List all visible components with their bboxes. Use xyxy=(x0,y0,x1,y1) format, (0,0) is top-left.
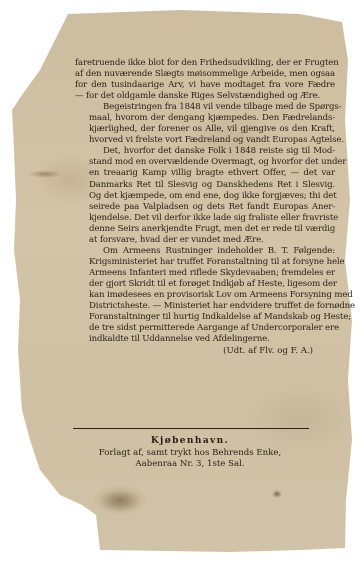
printer-imprint: Kjøbenhavn. Forlagt af, samt trykt hos B… xyxy=(90,436,290,470)
paragraph-2: Begeistringen fra 1848 vil vende tilbage… xyxy=(75,102,335,146)
article-body: faretruende ikke blot for den Frihedsudv… xyxy=(75,58,335,357)
text-line: maal, hvorom der dengang kjæmpedes. Den … xyxy=(75,113,335,124)
text-line: en treaarig Kamp villig bragte ethvert O… xyxy=(75,168,335,179)
text-line: faretruende ikke blot for den Frihedsudv… xyxy=(75,58,335,69)
text-line: indkaldte til Uddannelse ved Afdelingern… xyxy=(75,334,335,345)
text-line: Danmarks Ret til Slesvig og Danskhedens … xyxy=(75,180,335,191)
source-attribution: (Udt. af Flv. og F. A.) xyxy=(75,346,335,357)
text-line: hvorved vi frelste vort Fædreland og van… xyxy=(75,135,335,146)
paragraph-3: Det, hvorfor det danske Folk i 1848 reis… xyxy=(75,146,335,245)
text-line: stand mod en overvældende Overmagt, og h… xyxy=(75,157,335,168)
text-line: af den nuværende Slægts møisommelige Arb… xyxy=(75,69,335,80)
imprint-publisher: Forlagt af, samt trykt hos Behrends Enke… xyxy=(90,448,290,459)
text-line: denne Seirs anerkjendte Frugt, men det e… xyxy=(75,224,335,235)
text-line: Krigsministeriet har truffet Foranstaltn… xyxy=(75,257,335,268)
text-line: de tre sidst permitterede Aargange af Un… xyxy=(75,323,335,334)
imprint-address: Aabenraa Nr. 3, 1ste Sal. xyxy=(90,459,290,470)
text-line: Foranstaltninger til hurtig Indkaldelse … xyxy=(75,312,335,323)
text-line: kan imødesees en provisorisk Lov om Arme… xyxy=(75,290,335,301)
text-line: Det, hvorfor det danske Folk i 1848 reis… xyxy=(75,146,335,157)
paragraph-1: faretruende ikke blot for den Frihedsudv… xyxy=(75,58,335,102)
text-line: der gjort Skridt til et forøget Indkjøb … xyxy=(75,279,335,290)
text-line: Begeistringen fra 1848 vil vende tilbage… xyxy=(75,102,335,113)
text-line: kjendelse. Det vil derfor ikke lade sig … xyxy=(75,213,335,224)
text-line: at forsvare, hvad der er vundet med Ære. xyxy=(75,235,335,246)
horizontal-rule xyxy=(73,428,309,429)
text-line: kjærlighed, der forener os Alle, vil gje… xyxy=(75,124,335,135)
text-line: Om Armeens Rustninger indeholder B. T. F… xyxy=(75,246,335,257)
text-line: — for det oldgamle danske Riges Selvstæn… xyxy=(75,91,335,102)
text-line: seirede paa Valpladsen og dets Ret fandt… xyxy=(75,202,335,213)
text-line: Armeens Infanteri med riflede Skydevaabe… xyxy=(75,268,335,279)
paragraph-4: Om Armeens Rustninger indeholder B. T. F… xyxy=(75,246,335,345)
text-line: Og det kjæmpede, om end ene, dog ikke fo… xyxy=(75,191,335,202)
text-line: Districtsheste. — Ministeriet har endvid… xyxy=(75,301,335,312)
text-line: for den tusindaarige Arv, vi have modtag… xyxy=(75,80,335,91)
imprint-place: Kjøbenhavn. xyxy=(90,436,290,447)
